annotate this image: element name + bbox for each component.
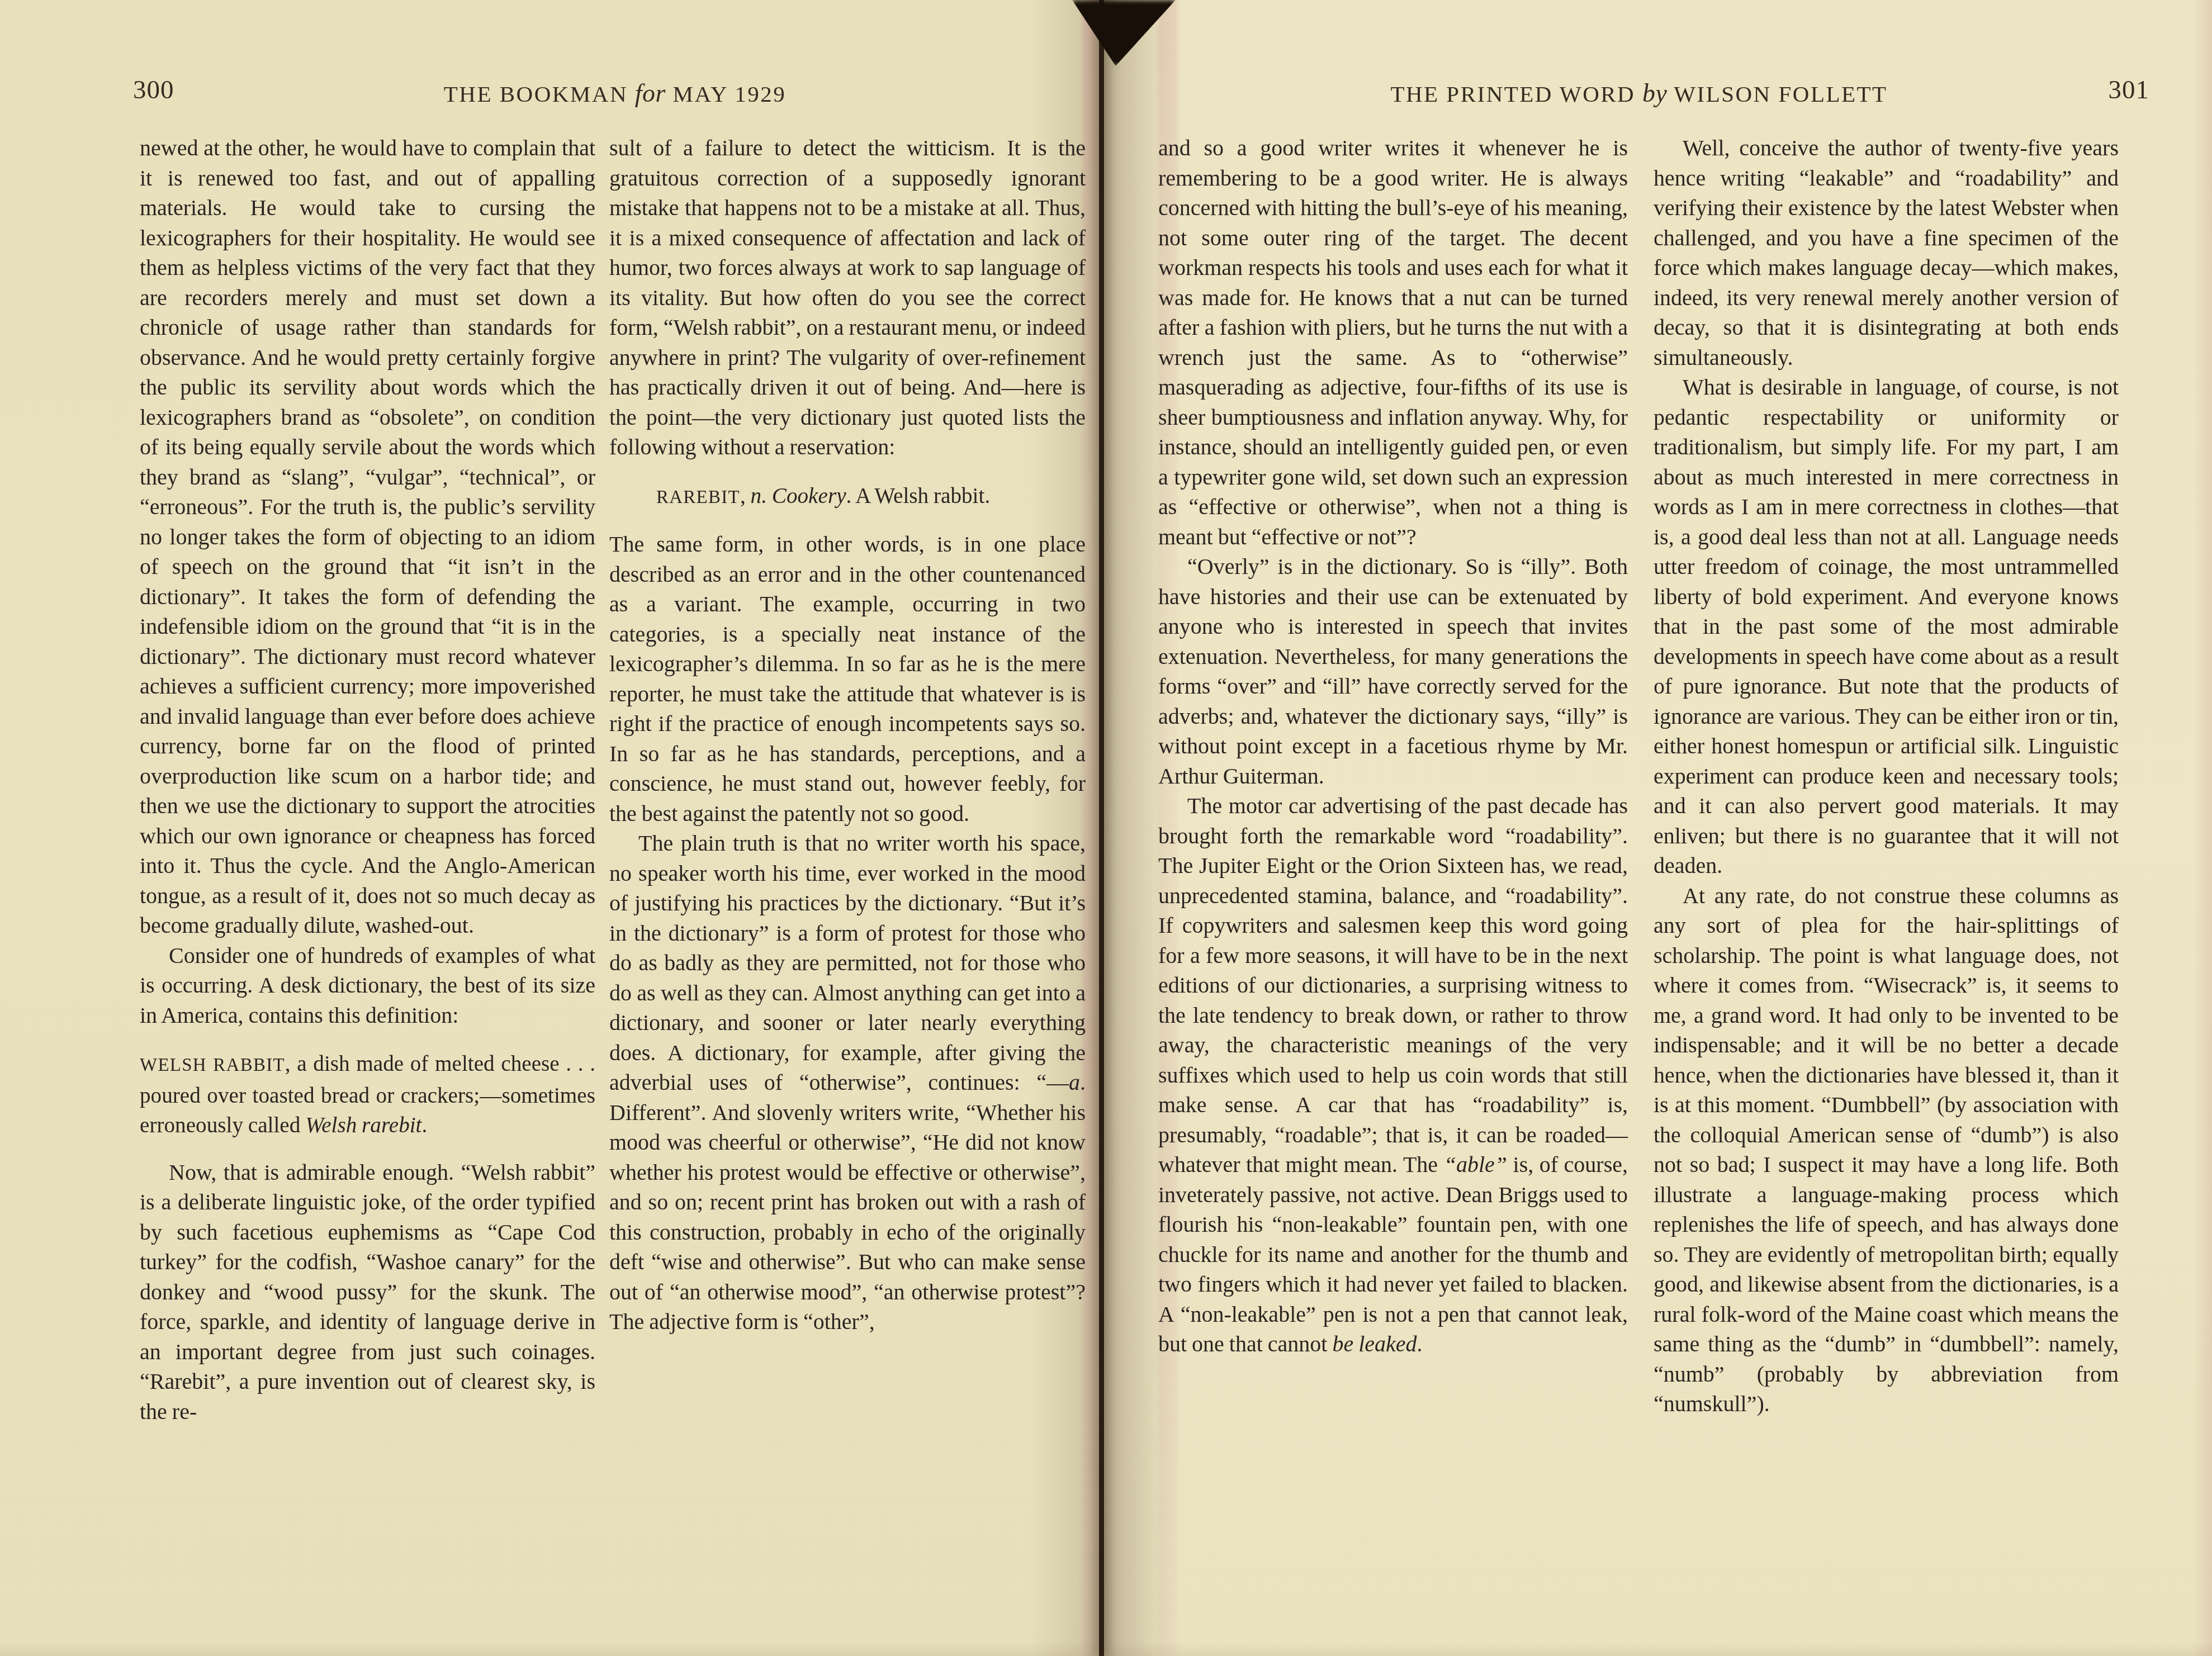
book-spread-scan: 300 THE BOOKMAN for MAY 1929 newed at th… bbox=[0, 0, 2212, 1656]
text-run: and so a good writer writes it whenever … bbox=[1158, 135, 1628, 549]
running-head-right: THE PRINTED WORD by WILSON FOLLETT bbox=[1158, 78, 2120, 108]
running-head-title-left: THE BOOKMAN for MAY 1929 bbox=[140, 78, 1090, 108]
text-run: is, of course, inveterately passive, not… bbox=[1158, 1152, 1628, 1356]
text-run: RAREBIT bbox=[656, 487, 740, 507]
text-run: “able” bbox=[1444, 1152, 1507, 1177]
text-run: Well, conceive the author of twenty-five… bbox=[1654, 135, 2119, 370]
text-run: a bbox=[1069, 1070, 1080, 1095]
paragraph: The plain truth is that no writer worth … bbox=[609, 828, 1086, 1337]
paragraph: and so a good writer writes it whenever … bbox=[1158, 133, 1628, 552]
text-run: The same form, in other words, is in one… bbox=[609, 532, 1086, 826]
text-run: What is desirable in language, of course… bbox=[1654, 374, 2119, 878]
page-edge-tint-right bbox=[2193, 0, 2212, 1656]
text-run: Now, that is admirable enough. “Welsh ra… bbox=[140, 1160, 595, 1424]
column-2: sult of a failure to detect the witticis… bbox=[609, 133, 1086, 1337]
paragraph: newed at the other, he would have to com… bbox=[140, 133, 595, 941]
text-run: . bbox=[422, 1113, 428, 1137]
text-run: Welsh rarebit bbox=[305, 1113, 421, 1137]
text-run: THE BOOKMAN bbox=[444, 81, 635, 107]
text-run: The plain truth is that no writer worth … bbox=[609, 831, 1086, 1095]
paragraph: sult of a failure to detect the witticis… bbox=[609, 133, 1086, 462]
running-head-left: THE BOOKMAN for MAY 1929 bbox=[140, 78, 1090, 108]
text-run: newed at the other, he would have to com… bbox=[140, 135, 595, 938]
paragraph: “Overly” is in the dictionary. So is “il… bbox=[1158, 552, 1628, 791]
definition-welsh-rabbit: WELSH RABBIT, a dish made of melted chee… bbox=[140, 1049, 595, 1141]
page-number-right: 301 bbox=[2077, 75, 2149, 105]
text-run: n. Cookery bbox=[751, 484, 846, 508]
column-1: newed at the other, he would have to com… bbox=[140, 133, 595, 1426]
text-run: sult of a failure to detect the witticis… bbox=[609, 135, 1086, 459]
text-run: , bbox=[740, 484, 751, 508]
text-run: . A Welsh rabbit. bbox=[846, 484, 991, 508]
paragraph: At any rate, do not construe these colum… bbox=[1654, 881, 2119, 1419]
text-run: MAY 1929 bbox=[666, 81, 786, 107]
text-run: THE PRINTED WORD bbox=[1390, 81, 1642, 107]
paragraph: The same form, in other words, is in one… bbox=[609, 529, 1086, 828]
book-fold-line bbox=[1099, 0, 1104, 1656]
paragraph: Consider one of hundreds of examples of … bbox=[140, 941, 595, 1031]
text-run: . Different”. And slovenly writers write… bbox=[609, 1070, 1086, 1334]
column-3: and so a good writer writes it whenever … bbox=[1158, 133, 1628, 1359]
text-run: At any rate, do not construe these colum… bbox=[1654, 883, 2119, 1417]
running-head-title-right: THE PRINTED WORD by WILSON FOLLETT bbox=[1158, 78, 2120, 108]
text-run: for bbox=[635, 79, 666, 107]
text-run: by bbox=[1642, 79, 1667, 107]
text-run: WILSON FOLLETT bbox=[1667, 81, 1887, 107]
text-run: The motor car advertising of the past de… bbox=[1158, 793, 1628, 1177]
paragraph: Now, that is admirable enough. “Welsh ra… bbox=[140, 1157, 595, 1427]
text-run: WELSH RABBIT bbox=[140, 1055, 285, 1075]
text-run: Consider one of hundreds of examples of … bbox=[140, 943, 595, 1028]
paragraph: What is desirable in language, of course… bbox=[1654, 372, 2119, 881]
text-run: “Overly” is in the dictionary. So is “il… bbox=[1158, 554, 1628, 789]
definition-rarebit: RAREBIT, n. Cookery. A Welsh rabbit. bbox=[609, 481, 1086, 513]
text-run: be leaked bbox=[1332, 1331, 1417, 1356]
column-4: Well, conceive the author of twenty-five… bbox=[1654, 133, 2119, 1419]
paragraph: Well, conceive the author of twenty-five… bbox=[1654, 133, 2119, 372]
page-edge-tint-bottom bbox=[0, 1641, 2212, 1656]
paragraph: The motor car advertising of the past de… bbox=[1158, 791, 1628, 1359]
text-run: . bbox=[1417, 1331, 1423, 1356]
